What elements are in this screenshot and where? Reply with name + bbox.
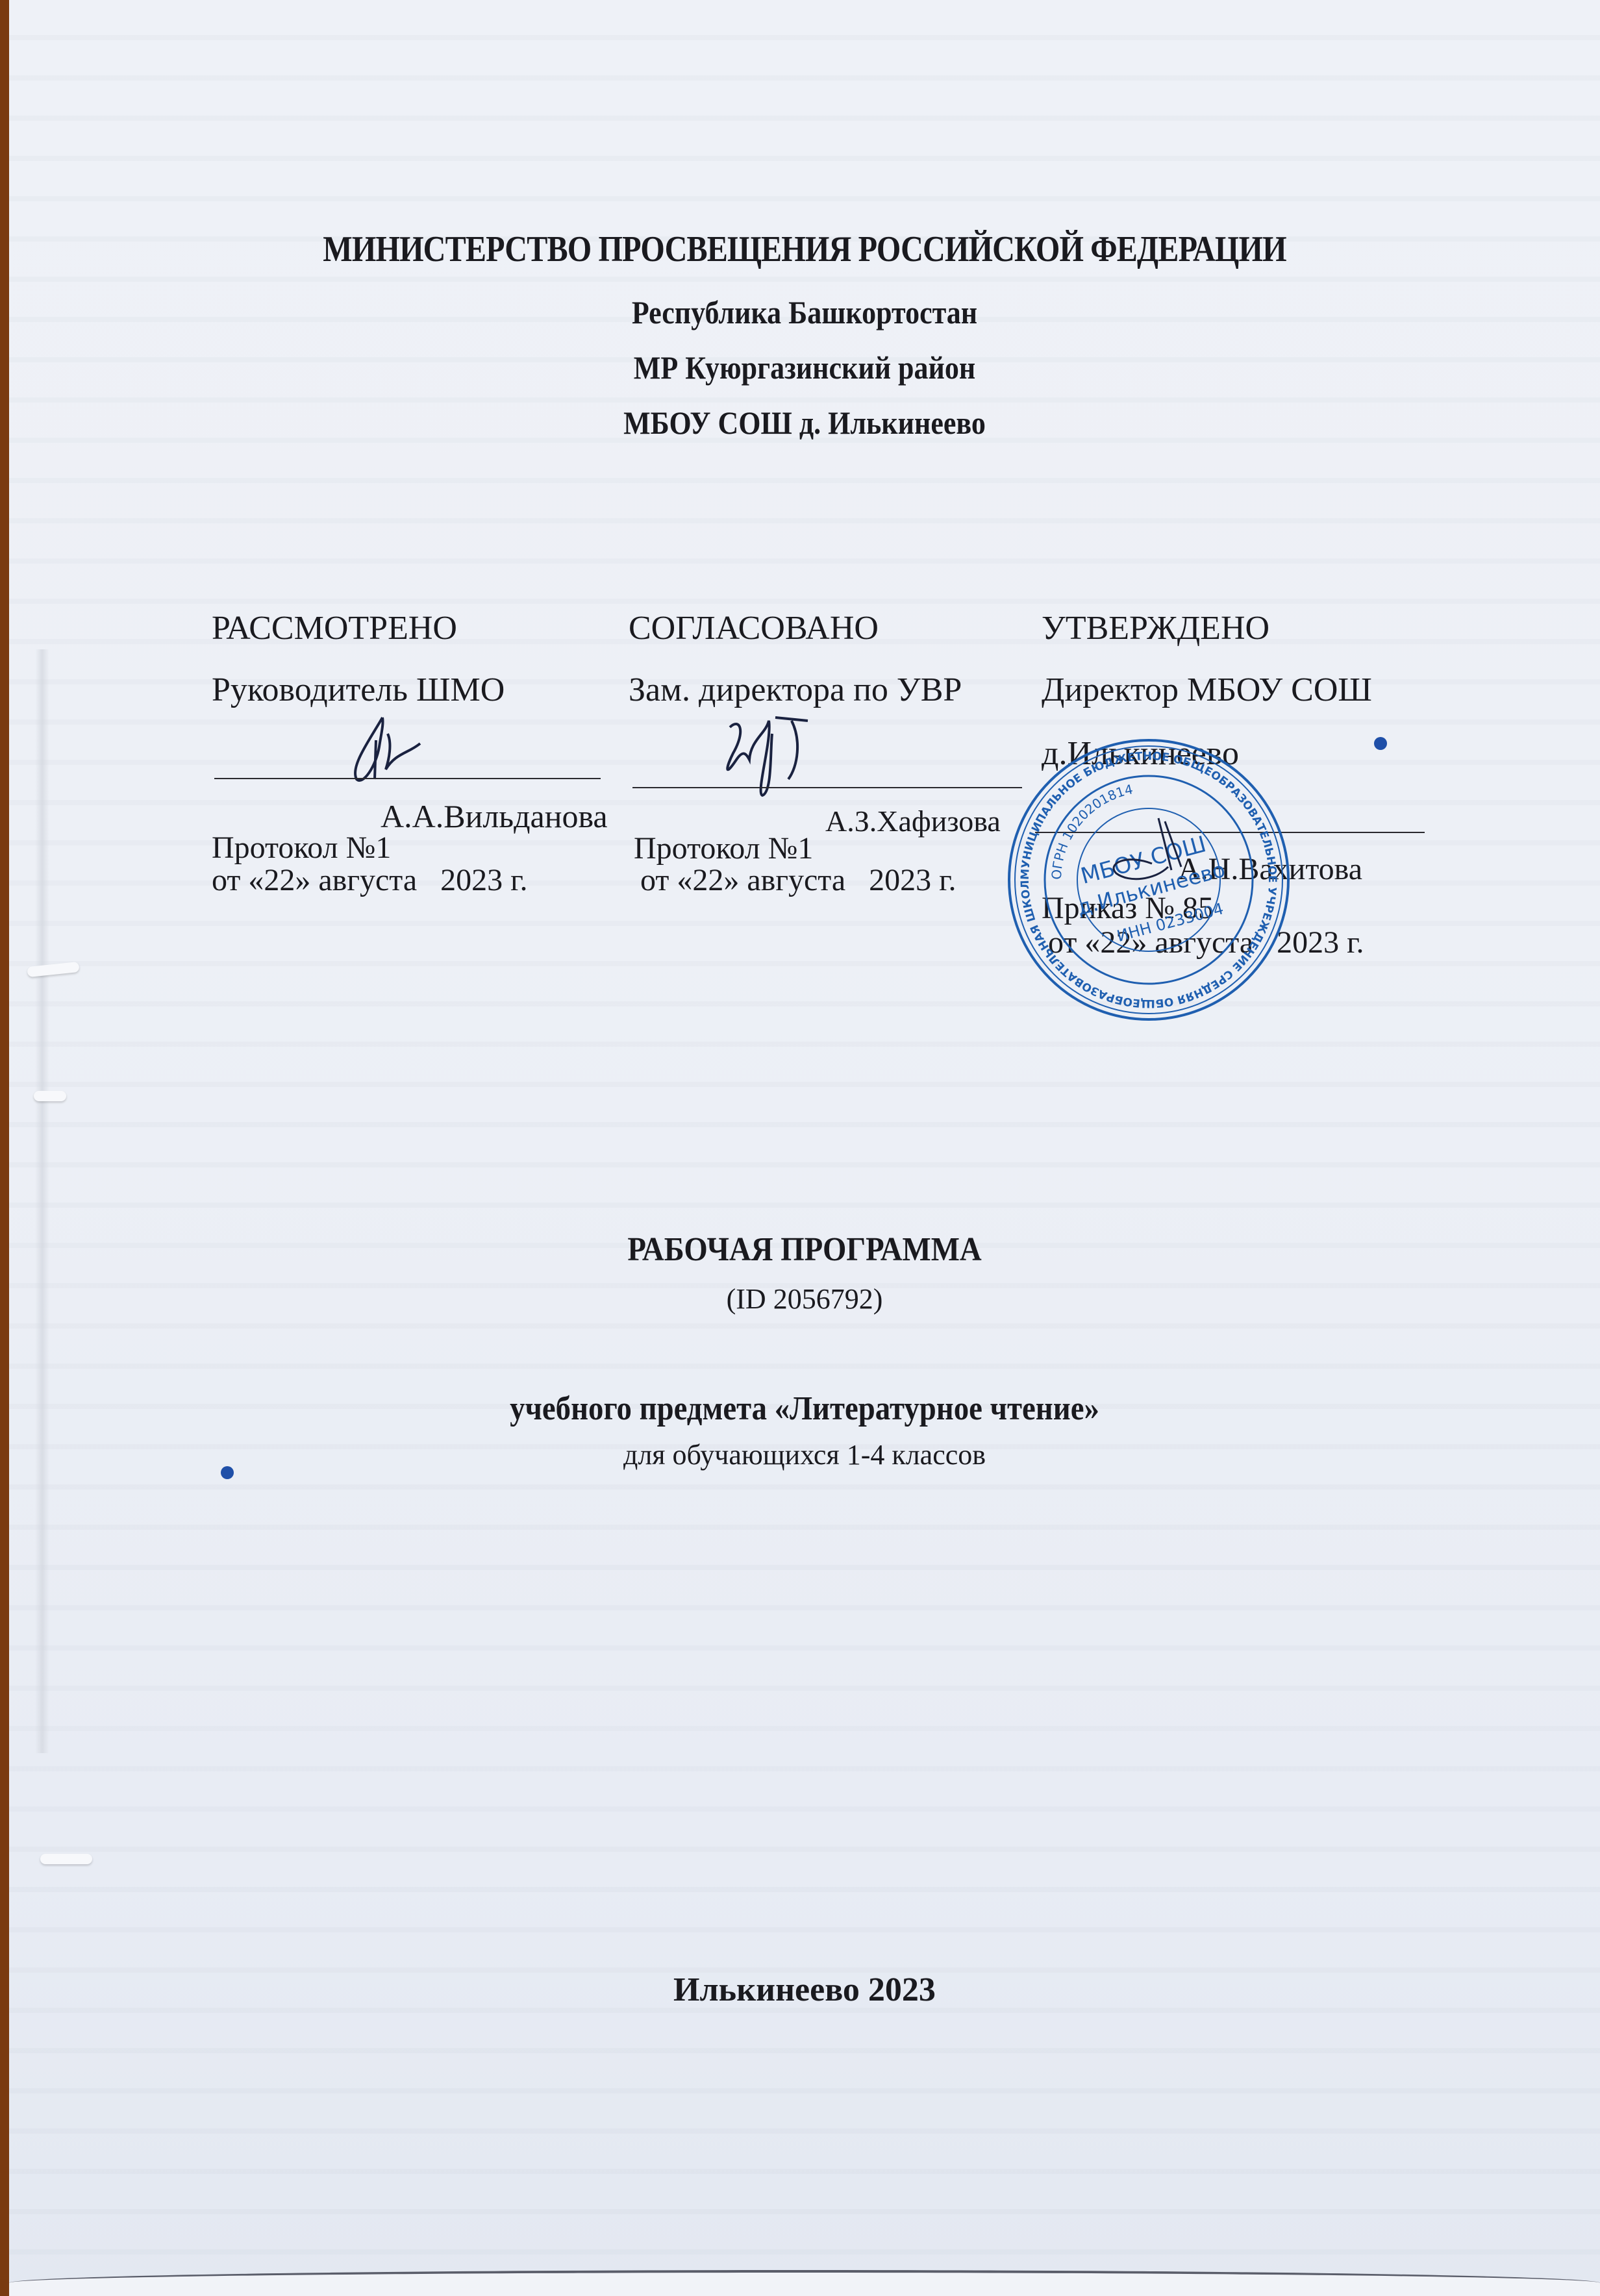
approval-role: Директор МБОУ СОШ xyxy=(1042,673,1372,707)
grades-caption: для обучающихся 1-4 классов xyxy=(9,1438,1600,1471)
approval-date: от «22» августа 2023 г. xyxy=(640,865,956,896)
approval-status: СОГЛАСОВАНО xyxy=(629,612,879,645)
ministry-heading: МИНИСТЕРСТВО ПРОСВЕЩЕНИЯ РОССИЙСКОЙ ФЕДЕ… xyxy=(121,229,1489,270)
page-bottom-edge xyxy=(9,2270,1600,2296)
binding-seam xyxy=(35,649,49,1753)
bleed-through-texture xyxy=(9,0,1600,2296)
approval-role: Руководитель ШМО xyxy=(212,673,505,707)
signature-line xyxy=(632,787,1022,788)
binding-stitch xyxy=(40,1854,92,1864)
approval-date: от «22» августа 2023 г. xyxy=(212,865,527,896)
approval-name: А.А.Вильданова xyxy=(381,800,608,832)
approval-status: РАССМОТРЕНО xyxy=(212,612,457,645)
subject-title: учебного предмета «Литературное чтение» xyxy=(89,1390,1521,1428)
region-heading: Республика Башкортостан xyxy=(105,293,1505,331)
approval-status: УТВЕРЖДЕНО xyxy=(1042,612,1269,645)
signature-line xyxy=(214,778,601,779)
document-id: (ID 2056792) xyxy=(9,1282,1600,1316)
signature-icon xyxy=(710,714,840,799)
document-page: МИНИСТЕРСТВО ПРОСВЕЩЕНИЯ РОССИЙСКОЙ ФЕДЕ… xyxy=(9,0,1600,2296)
signature-icon xyxy=(337,714,454,786)
approval-doc: Протокол №1 xyxy=(634,833,813,864)
ink-dot xyxy=(1374,737,1387,750)
district-heading: МР Куюргазинский район xyxy=(105,349,1505,386)
document-title: РАБОЧАЯ ПРОГРАММА xyxy=(89,1230,1521,1269)
place-year: Илькинеево 2023 xyxy=(9,1971,1600,2009)
approval-name: А.З.Хафизова xyxy=(825,806,1001,836)
school-heading: МБОУ СОШ д. Илькинеево xyxy=(105,404,1505,442)
approval-role: Зам. директора по УВР xyxy=(629,673,962,707)
official-stamp-icon: МУНИЦИПАЛЬНОЕ БЮДЖЕТНОЕ ОБЩЕОБРАЗОВАТЕЛЬ… xyxy=(1003,734,1295,1026)
approval-doc: Протокол №1 xyxy=(212,832,391,864)
binding-stitch xyxy=(34,1091,66,1101)
